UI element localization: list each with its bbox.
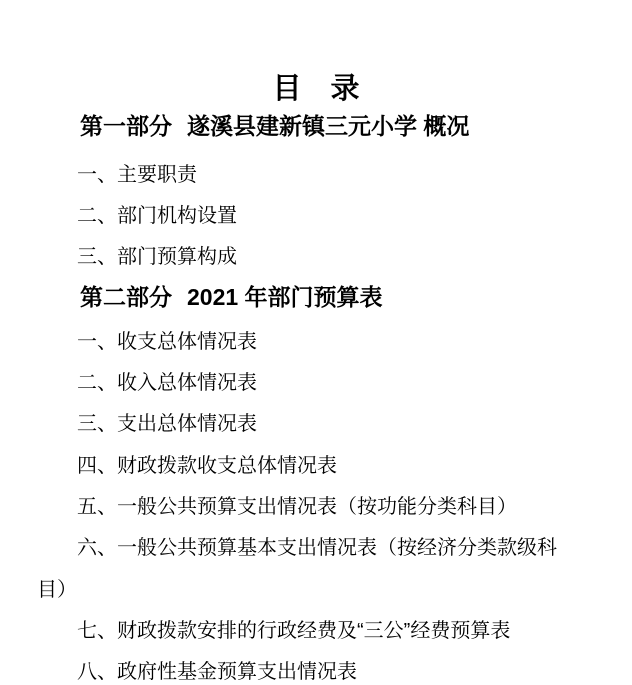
document-page: 目 录 第一部分遂溪县建新镇三元小学 概况 一、主要职责 二、部门机构设置 三、…	[0, 0, 632, 685]
toc-item: 一、主要职责	[77, 164, 197, 186]
toc-item: 二、部门机构设置	[77, 205, 237, 227]
section-heading-part1-label: 第一部分	[80, 113, 172, 139]
toc-item: 七、财政拨款安排的行政经费及“三公”经费预算表	[77, 620, 510, 642]
section-heading-part1-title: 遂溪县建新镇三元小学 概况	[187, 114, 469, 139]
toc-item: 三、支出总体情况表	[77, 413, 257, 435]
toc-item: 三、部门预算构成	[77, 246, 237, 268]
section-heading-part2-title: 2021 年部门预算表	[187, 285, 383, 310]
toc-item: 五、一般公共预算支出情况表（按功能分类科目）	[77, 496, 517, 518]
section-heading-part2-label: 第二部分	[80, 284, 172, 310]
toc-item: 八、政府性基金预算支出情况表	[77, 661, 357, 683]
toc-item: 二、收入总体情况表	[77, 372, 257, 394]
toc-item: 一、收支总体情况表	[77, 331, 257, 353]
section-heading-part1: 第一部分遂溪县建新镇三元小学 概况	[80, 114, 469, 139]
section-heading-part2: 第二部分2021 年部门预算表	[80, 285, 383, 310]
toc-item-continuation: 目）	[37, 579, 77, 601]
document-title: 目 录	[0, 74, 632, 106]
toc-item: 四、财政拨款收支总体情况表	[77, 455, 337, 477]
toc-item: 六、一般公共预算基本支出情况表（按经济分类款级科	[77, 537, 557, 559]
